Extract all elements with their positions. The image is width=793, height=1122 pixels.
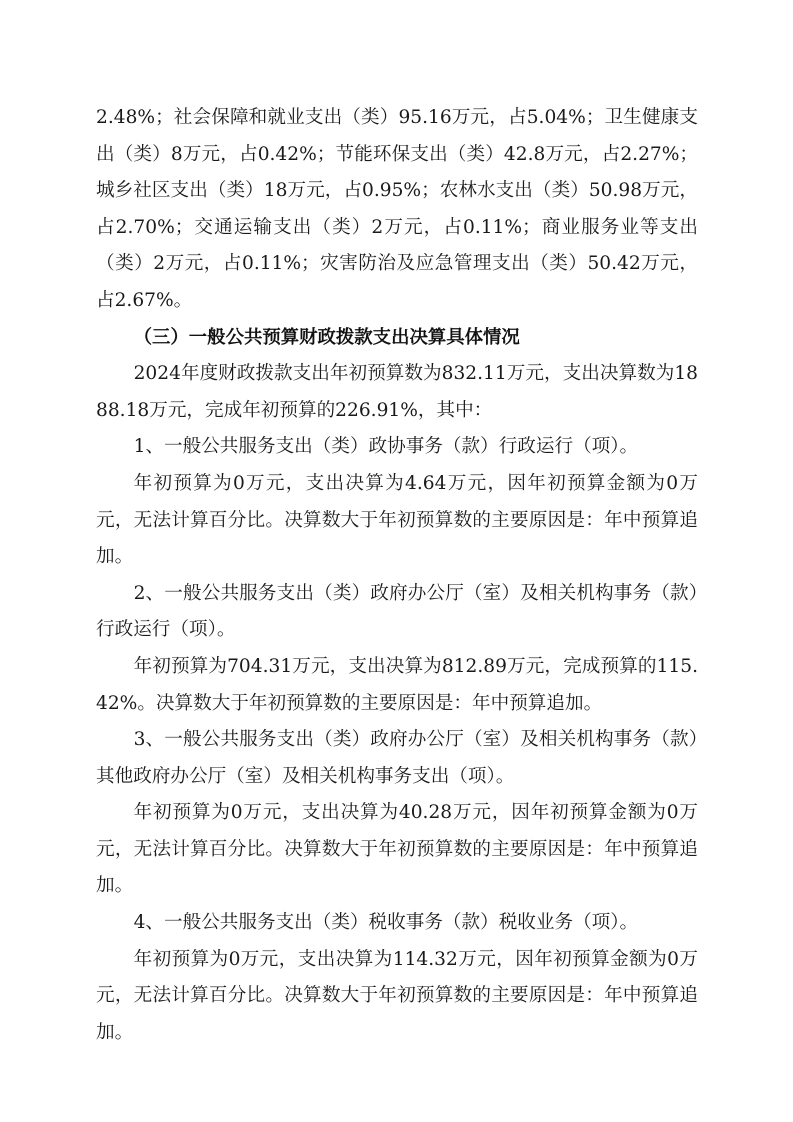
item-2-title: 2、一般公共服务支出（类）政府办公厅（室）及相关机构事务（款）行政运行（项）。 (96, 576, 698, 649)
item-3-detail: 年初预算为0万元，支出决算为40.28万元，因年初预算金额为0万元，无法计算百分… (96, 795, 698, 905)
item-1-title: 1、一般公共服务支出（类）政协事务（款）行政运行（项）。 (96, 429, 698, 466)
section-heading: （三）一般公共预算财政拨款支出决算具体情况 (96, 320, 698, 357)
intro-paragraph: 2.48%；社会保障和就业支出（类）95.16万元，占5.04%；卫生健康支出（… (96, 100, 698, 320)
item-3-title: 3、一般公共服务支出（类）政府办公厅（室）及相关机构事务（款）其他政府办公厅（室… (96, 722, 698, 795)
item-4-title: 4、一般公共服务支出（类）税收事务（款）税收业务（项）。 (96, 905, 698, 942)
item-4-detail: 年初预算为0万元，支出决算为114.32万元，因年初预算金额为0万元，无法计算百… (96, 942, 698, 1052)
document-page: 2.48%；社会保障和就业支出（类）95.16万元，占5.04%；卫生健康支出（… (96, 100, 698, 1051)
item-1-detail: 年初预算为0万元，支出决算为4.64万元，因年初预算金额为0万元，无法计算百分比… (96, 466, 698, 576)
item-2-detail: 年初预算为704.31万元，支出决算为812.89万元，完成预算的115.42%… (96, 649, 698, 722)
summary-paragraph: 2024年度财政拨款支出年初预算数为832.11万元，支出决算数为1888.18… (96, 356, 698, 429)
